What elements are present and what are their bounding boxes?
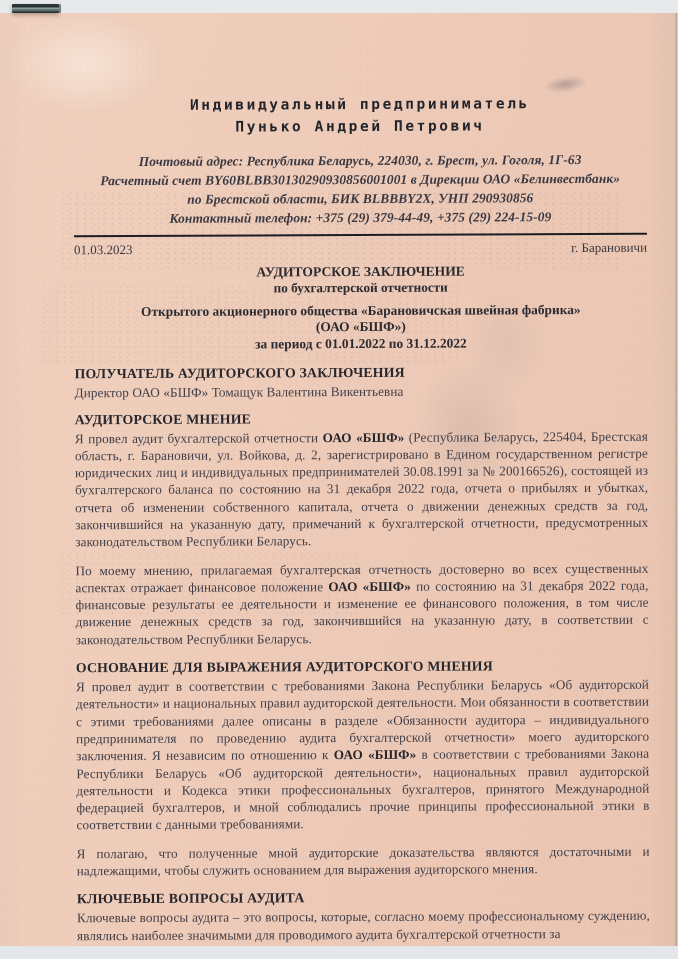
- title-organization: Открытого акционерного общества «Баранов…: [74, 302, 647, 354]
- section-heading-basis: ОСНОВАНИЕ ДЛЯ ВЫРАЖЕНИЯ АУДИТОРСКОГО МНЕ…: [76, 657, 649, 677]
- report-period: за период с 01.01.2022 по 31.12.2022: [74, 335, 647, 354]
- phone-line: Контактный телефон: +375 (29) 379-44-49,…: [74, 207, 647, 228]
- letterhead-name-line: Пунько Андрей Петрович: [73, 117, 646, 138]
- paper-sheet: Индивидуальный предприниматель Пунько Ан…: [0, 13, 678, 946]
- letterhead-entrepreneur-line: Индивидуальный предприниматель: [73, 95, 646, 116]
- scanned-audit-report-page: Индивидуальный предприниматель Пунько Ан…: [0, 0, 678, 959]
- basis-paragraph-2: Я полагаю, что полученные мной аудиторск…: [77, 842, 650, 879]
- recipient-line: Директор ОАО «БШФ» Томащук Валентина Вик…: [75, 382, 648, 402]
- title-subtitle: по бухгалтерской отчетности: [74, 279, 647, 298]
- section-heading-key-audit-matters: КЛЮЧЕВЫЕ ВОПРОСЫ АУДИТА: [77, 888, 650, 908]
- text-segment: Я провел аудит бухгалтерской отчетности: [75, 430, 323, 446]
- postal-address-line: Почтовый адрес: Республика Беларусь, 224…: [74, 150, 647, 172]
- bank-account-line: Расчетный счет BY60BLBB30130290930856001…: [74, 169, 647, 191]
- basis-paragraph-1: Я провел аудит в соответствии с требован…: [76, 676, 650, 834]
- document-date: 01.03.2023: [74, 242, 133, 258]
- bank-details-line: по Брестской области, БИК BLBBBY2X, УНП …: [74, 188, 647, 210]
- opinion-paragraph-2: По моему мнению, прилагаемая бухгалтерск…: [75, 559, 648, 648]
- company-name: ОАО «БШФ»: [323, 429, 405, 444]
- section-heading-recipient: ПОЛУЧАТЕЛЬ АУДИТОРСКОГО ЗАКЛЮЧЕНИЯ: [75, 363, 648, 383]
- organization-full-name: Открытого акционерного общества «Баранов…: [74, 302, 647, 321]
- letterhead: Индивидуальный предприниматель Пунько Ан…: [73, 12, 647, 228]
- letterhead-divider-rule: [74, 233, 647, 238]
- document-city: г. Барановичи: [571, 240, 647, 256]
- document-content: Индивидуальный предприниматель Пунько Ан…: [73, 12, 650, 955]
- letterhead-contact-block: Почтовый адрес: Республика Беларусь, 224…: [74, 150, 647, 228]
- key-audit-paragraph-1: Ключевые вопросы аудита – это вопросы, к…: [77, 907, 650, 944]
- dateline: 01.03.2023 г. Барановичи: [74, 240, 647, 259]
- scan-edge-line: [675, 13, 677, 946]
- text-segment: (Республика Беларусь, 225404, Брестская …: [75, 428, 648, 549]
- company-name: ОАО «БШФ»: [334, 747, 417, 762]
- company-name: ОАО «БШФ»: [328, 579, 411, 594]
- opinion-paragraph-1: Я провел аудит бухгалтерской отчетности …: [75, 427, 649, 551]
- document-title-block: АУДИТОРСКОЕ ЗАКЛЮЧЕНИЕ по бухгалтерской …: [74, 263, 647, 354]
- staple-mark: [12, 4, 59, 13]
- section-heading-opinion: АУДИТОРСКОЕ МНЕНИЕ: [75, 408, 648, 428]
